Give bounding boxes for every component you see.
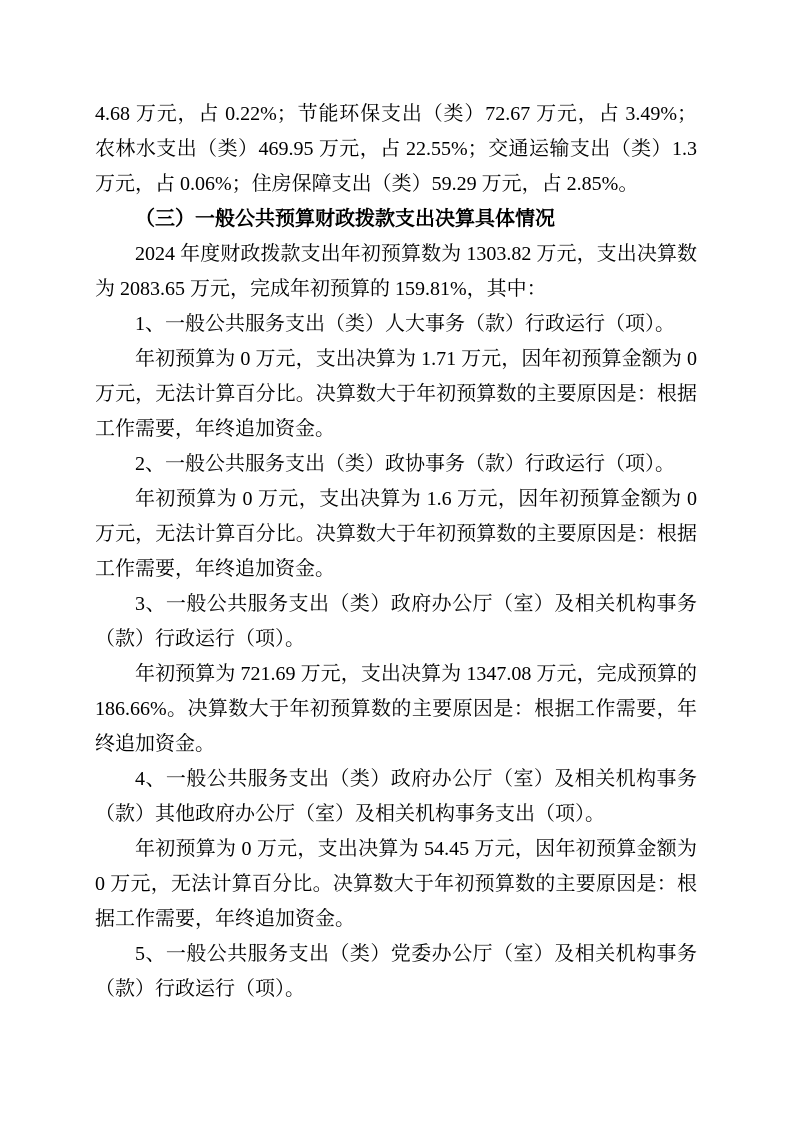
section-heading: （三）一般公共预算财政拨款支出决算具体情况 [95, 202, 697, 237]
paragraph: 1、一般公共服务支出（类）人大事务（款）行政运行（项）。 [95, 307, 697, 342]
paragraph: 年初预算为 0 万元，支出决算为 54.45 万元，因年初预算金额为 0 万元，… [95, 832, 697, 937]
paragraph: 年初预算为 0 万元，支出决算为 1.6 万元，因年初预算金额为 0 万元，无法… [95, 482, 697, 587]
paragraph: 2、一般公共服务支出（类）政协事务（款）行政运行（项）。 [95, 447, 697, 482]
paragraph: 4.68 万元，占 0.22%；节能环保支出（类）72.67 万元，占 3.49… [95, 97, 697, 202]
document-page: 4.68 万元，占 0.22%；节能环保支出（类）72.67 万元，占 3.49… [0, 0, 793, 1122]
document-body: 4.68 万元，占 0.22%；节能环保支出（类）72.67 万元，占 3.49… [95, 97, 697, 1007]
paragraph: 年初预算为 0 万元，支出决算为 1.71 万元，因年初预算金额为 0 万元，无… [95, 342, 697, 447]
paragraph: 年初预算为 721.69 万元，支出决算为 1347.08 万元，完成预算的 1… [95, 657, 697, 762]
paragraph: 5、一般公共服务支出（类）党委办公厅（室）及相关机构事务（款）行政运行（项）。 [95, 937, 697, 1007]
paragraph: 2024 年度财政拨款支出年初预算数为 1303.82 万元，支出决算数为 20… [95, 237, 697, 307]
paragraph: 3、一般公共服务支出（类）政府办公厅（室）及相关机构事务（款）行政运行（项）。 [95, 587, 697, 657]
paragraph: 4、一般公共服务支出（类）政府办公厅（室）及相关机构事务（款）其他政府办公厅（室… [95, 762, 697, 832]
